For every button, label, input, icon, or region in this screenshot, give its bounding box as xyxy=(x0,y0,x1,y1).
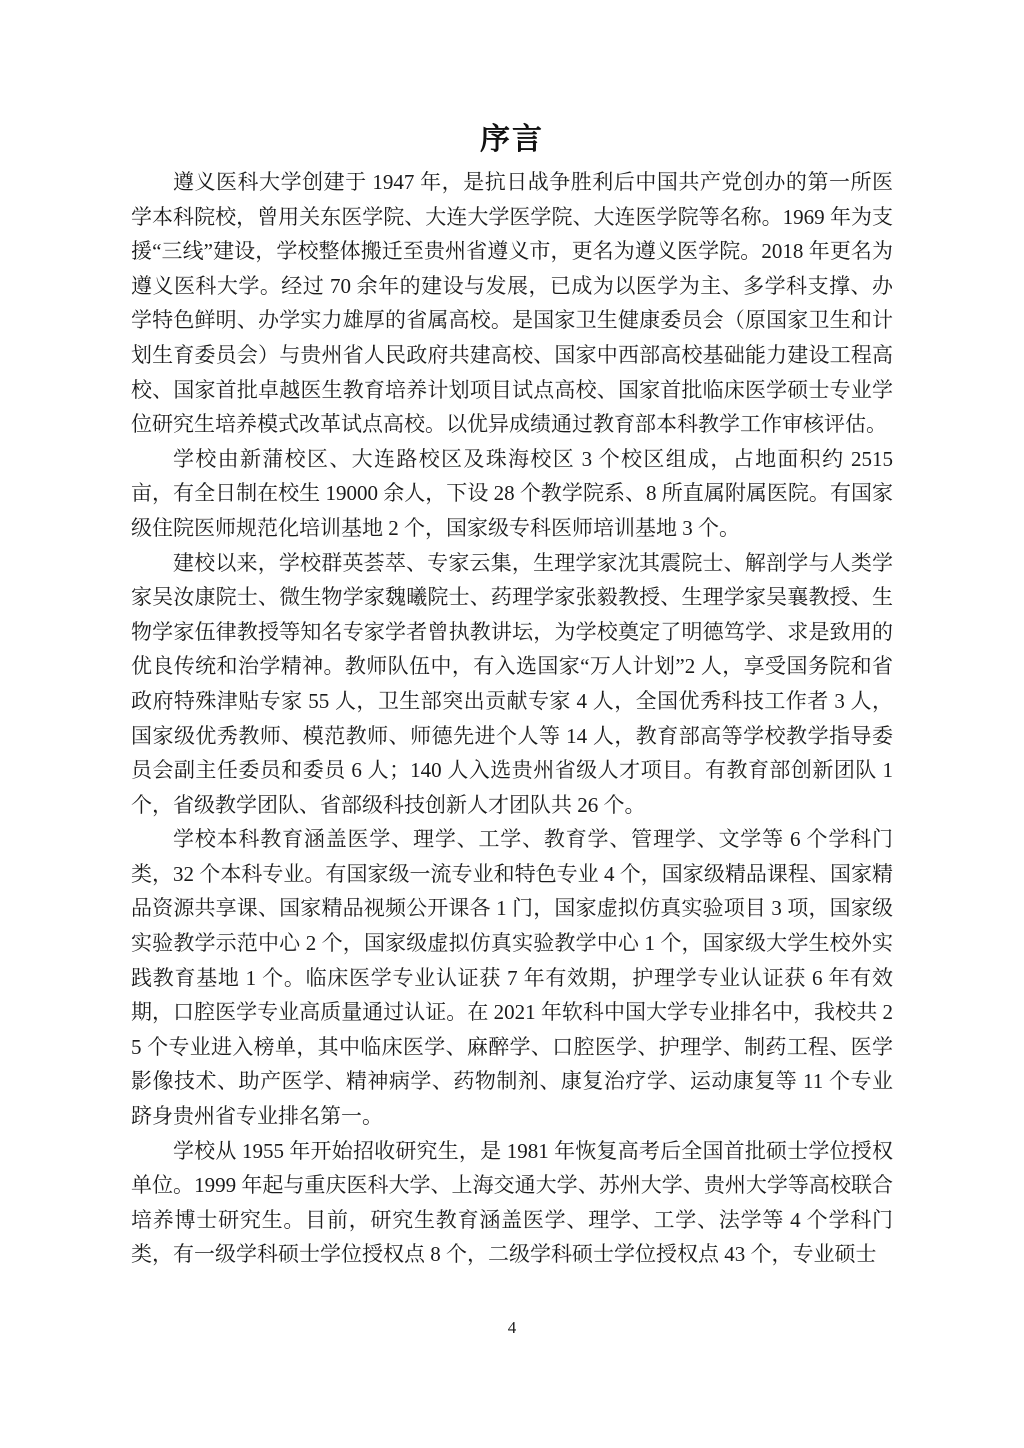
document-page: 序言 遵义医科大学创建于 1947 年，是抗日战争胜利后中国共产党创办的第一所医… xyxy=(0,0,1024,1448)
page-title: 序言 xyxy=(131,121,893,159)
paragraph-history: 遵义医科大学创建于 1947 年，是抗日战争胜利后中国共产党创办的第一所医学本科… xyxy=(131,165,893,442)
page-number: 4 xyxy=(0,1316,1024,1340)
paragraph-graduate-education: 学校从 1955 年开始招收研究生，是 1981 年恢复高考后全国首批硕士学位授… xyxy=(131,1134,893,1272)
paragraph-campuses: 学校由新蒲校区、大连路校区及珠海校区 3 个校区组成，占地面积约 2515 亩，… xyxy=(131,442,893,546)
paragraph-undergraduate-education: 学校本科教育涵盖医学、理学、工学、教育学、管理学、文学等 6 个学科门类，32 … xyxy=(131,822,893,1133)
document-content: 序言 遵义医科大学创建于 1947 年，是抗日战争胜利后中国共产党创办的第一所医… xyxy=(131,121,893,1272)
paragraph-faculty: 建校以来，学校群英荟萃、专家云集，生理学家沈其震院士、解剖学与人类学家吴汝康院士… xyxy=(131,546,893,823)
